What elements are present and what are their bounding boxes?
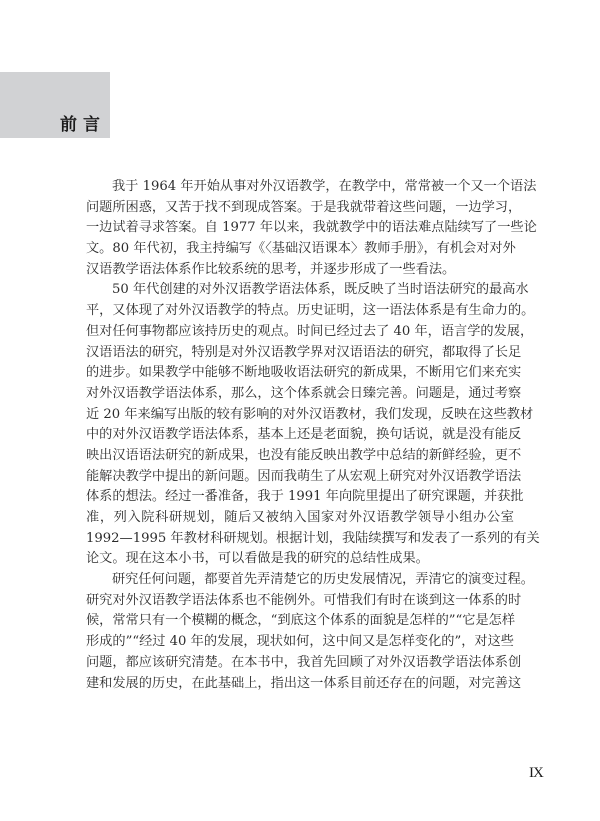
text-line: 50 年代创建的对外汉语教学语法体系，既反映了当时语法研究的最高水 xyxy=(86,280,514,301)
text-line: 体系的想法。经过一番准备，我于 1991 年向院里提出了研究课题，并获批 xyxy=(86,487,514,508)
preface-body: 我于 1964 年开始从事对外汉语教学，在教学中，常常被一个又一个语法 问题所困… xyxy=(86,177,514,694)
text-line: 形成的”“经过 40 年的发展，现状如何，这中间又是怎样变化的”，对这些 xyxy=(86,632,514,653)
text-line: 的进步。如果教学中能够不断地吸收语法研究的新成果，不断用它们来充实 xyxy=(86,363,514,384)
text-line: 论文。现在这本小书，可以看做是我的研究的总结性成果。 xyxy=(86,549,514,570)
text-line: 问题所困惑，又苦于找不到现成答案。于是我就带着这些问题，一边学习， xyxy=(86,198,514,219)
text-line: 研究对外汉语教学语法体系也不能例外。可惜我们有时在谈到这一体系的时 xyxy=(86,591,514,612)
text-line: 文。80 年代初，我主持编写《〈基础汉语课本〉教师手册》，有机会对对外 xyxy=(86,239,514,260)
text-line: 准，列入院科研规划，随后又被纳入国家对外汉语教学领导小组办公室 xyxy=(86,508,514,529)
text-line: 建和发展的历史，在此基础上，指出这一体系目前还存在的问题，对完善这 xyxy=(86,674,514,695)
text-line: 平，又体现了对外汉语教学的特点。历史证明，这一语法体系是有生命力的。 xyxy=(86,301,514,322)
text-line: 一边试着寻求答案。自 1977 年以来，我就教学中的语法难点陆续写了一些论 xyxy=(86,218,514,239)
text-line: 我于 1964 年开始从事对外汉语教学，在教学中，常常被一个又一个语法 xyxy=(86,177,514,198)
text-line: 对外汉语教学语法体系，那么，这个体系就会日臻完善。问题是，通过考察 xyxy=(86,384,514,405)
text-line: 中的对外汉语教学语法体系，基本上还是老面貌，换句话说，就是没有能反 xyxy=(86,425,514,446)
text-line: 问题，都应该研究清楚。在本书中，我首先回顾了对外汉语教学语法体系创 xyxy=(86,653,514,674)
text-line: 1992—1995 年教材科研规划。根据计划，我陆续撰写和发表了一系列的有关 xyxy=(86,529,514,550)
text-line: 候，常常只有一个模糊的概念，“到底这个体系的面貌是怎样的”“它是怎样 xyxy=(86,611,514,632)
text-line: 近 20 年来编写出版的较有影响的对外汉语教材，我们发现，反映在这些教材 xyxy=(86,405,514,426)
text-line: 研究任何问题，都要首先弄清楚它的历史发展情况，弄清它的演变过程。 xyxy=(86,570,514,591)
text-line: 汉语语法的研究，特别是对外汉语教学界对汉语语法的研究，都取得了长足 xyxy=(86,343,514,364)
text-line: 映出汉语语法研究的新成果，也没有能反映出教学中总结的新鲜经验，更不 xyxy=(86,446,514,467)
chapter-header-block: 前言 xyxy=(0,72,110,138)
text-line: 能解决教学中提出的新问题。因而我萌生了从宏观上研究对外汉语教学语法 xyxy=(86,467,514,488)
text-line: 但对任何事物都应该持历史的观点。时间已经过去了 40 年，语言学的发展， xyxy=(86,322,514,343)
page-number: IX xyxy=(529,765,543,782)
text-line: 汉语教学语法体系作比较系统的思考，并逐步形成了一些看法。 xyxy=(86,260,514,281)
chapter-title: 前言 xyxy=(60,115,106,135)
